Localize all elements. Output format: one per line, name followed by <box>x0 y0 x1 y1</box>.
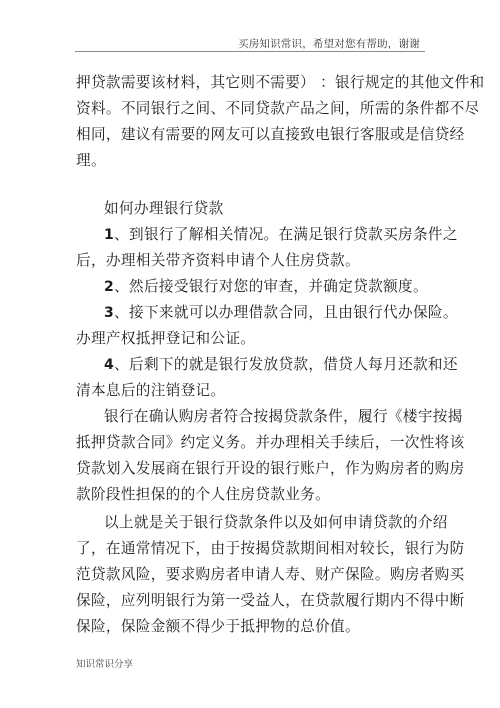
paragraph-line: 理。 <box>76 152 106 170</box>
page-footer-text: 知识常识分享 <box>76 656 133 670</box>
paragraph-line: 相同，建议有需要的网友可以直接致电银行客服或是信贷经 <box>76 126 465 144</box>
section-title: 如何办理银行贷款 <box>104 200 224 218</box>
document-page: 买房知识常识，希望对您有帮助，谢谢 押贷款需要该材料，其它则不需要） ：银行规定… <box>0 0 500 708</box>
paragraph-line: 押贷款需要该材料，其它则不需要） ：银行规定的其他文件和 <box>76 74 484 92</box>
step-2-line: 2、然后接受银行对您的审查，并确定贷款额度。 <box>104 278 428 296</box>
step-number: 2 <box>104 279 114 295</box>
paragraph-line: 保险，应列明银行为第一受益人，在贷款履行期内不得中断 <box>76 592 465 610</box>
paragraph-line: 银行在确认购房者符合按揭贷款条件，履行《楼宇按揭 <box>104 408 463 426</box>
step-3-line: 3、接下来就可以办理借款合同，且由银行代办保险。 <box>104 304 458 322</box>
step-number: 4 <box>104 357 114 373</box>
paragraph-line: 了，在通常情况下，由于按揭贷款期间相对较长，银行为防 <box>76 540 465 558</box>
paragraph-line: 款阶段性担保的的个人住房贷款业务。 <box>76 486 330 504</box>
step-1-line: 后，办理相关带齐资料申请个人住房贷款。 <box>76 252 360 270</box>
paragraph-line: 范贷款风险，要求购房者申请人寿、财产保险。购房者购买 <box>76 566 465 584</box>
header-divider <box>75 51 425 52</box>
paragraph-line: 以上就是关于银行贷款条件以及如何申请贷款的介绍 <box>104 514 448 532</box>
page-header-text: 买房知识常识，希望对您有帮助，谢谢 <box>238 36 420 51</box>
paragraph-line: 保险，保险金额不得少于抵押物的总价值。 <box>76 618 360 636</box>
step-4-line: 4、后剩下的就是银行发放贷款，借贷人每月还款和还 <box>104 356 458 374</box>
step-3-line: 办理产权抵押登记和公证。 <box>76 330 255 348</box>
step-number: 3 <box>104 305 114 321</box>
step-number: 1 <box>104 227 114 243</box>
paragraph-line: 抵押贷款合同》约定义务。并办理相关手续后，一次性将该 <box>76 434 465 452</box>
paragraph-line: 贷款划入发展商在银行开设的银行账户，作为购房者的购房 <box>76 460 465 478</box>
step-1-line: 1、到银行了解相关情况。在满足银行贷款买房条件之 <box>104 226 458 244</box>
paragraph-line: 资料。不同银行之间、不同贷款产品之间，所需的条件都不尽 <box>76 100 479 118</box>
step-4-line: 清本息后的注销登记。 <box>76 382 225 400</box>
